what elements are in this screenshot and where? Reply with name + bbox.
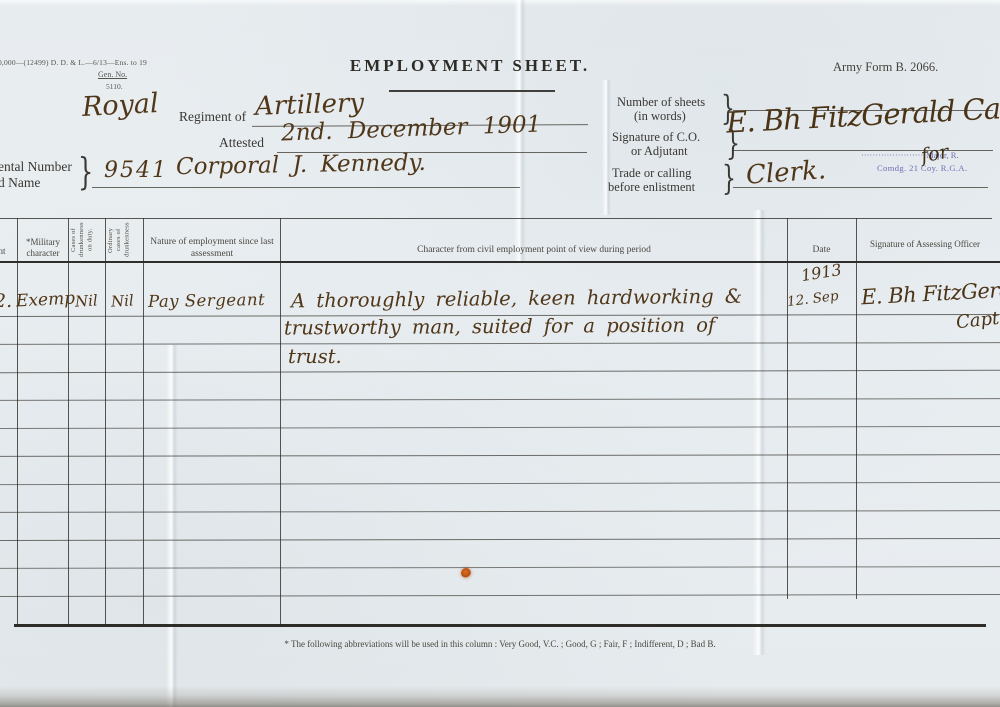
- for-handwriting: for: [919, 141, 950, 167]
- column-header-military-character: *Military character: [19, 237, 67, 260]
- entry-assessing-signature: E. Bh FitzGerald: [860, 277, 1000, 310]
- entry-military-character: Exemp: [16, 288, 76, 311]
- table-row-line: [0, 342, 1000, 345]
- table-column-line: [105, 218, 106, 625]
- table-row-line: [0, 482, 1000, 485]
- table-column-line: [143, 218, 144, 625]
- entry-civil-character-line3: trust.: [288, 345, 342, 368]
- trade-handwriting: Clerk.: [745, 155, 827, 191]
- entry-civil-character-line1: A thoroughly reliable, keen hardworking …: [291, 285, 742, 313]
- table-column-line: [787, 218, 788, 599]
- entry-date-year: 1913: [800, 260, 843, 285]
- sheets-label: Number of sheets: [617, 95, 705, 110]
- name-rule: [92, 187, 520, 188]
- table-row-line: [0, 426, 1000, 429]
- foxing-spot: [461, 568, 471, 578]
- co-signature-label-2: or Adjutant: [631, 144, 688, 159]
- column-header-drunk-ordinary: Ordinary cases of drunkenness: [107, 220, 141, 260]
- print-code-gen-no: Gen. No.: [98, 70, 127, 79]
- regimental-number-handwriting: 9541: [104, 158, 168, 183]
- regiment-prefix-handwriting: Royal: [81, 88, 159, 123]
- entry-drunk-ordinary: Nil: [111, 291, 135, 310]
- entry-date-day: 12. Sep: [786, 288, 839, 310]
- column-header-nature-employment: Nature of employment since last assessme…: [146, 237, 278, 261]
- attested-label: Attested: [219, 135, 264, 151]
- table-bottom-border: [14, 624, 986, 627]
- table-row-line: [0, 538, 1000, 541]
- table-top-border: [0, 218, 992, 219]
- entry-row-number: 2.: [0, 290, 12, 312]
- entry-nature-employment: Pay Sergeant: [148, 290, 265, 311]
- table-row-line: [0, 566, 1000, 569]
- entry-drunk-duty: Nil: [75, 291, 99, 310]
- table-column-line: [856, 218, 857, 599]
- table-column-line: [280, 218, 281, 625]
- trade-label: Trade or calling: [612, 166, 691, 181]
- column-header-cutoff: nt: [0, 246, 14, 257]
- column-header-drunk-duty: Cases of drunkenness on duty.: [70, 220, 104, 260]
- brace-glyph: }: [722, 160, 736, 199]
- entry-civil-character-line2: trustworthy man, suited for a position o…: [284, 313, 715, 339]
- regiment-handwriting: Artillery: [255, 88, 365, 122]
- table-row-line: [0, 398, 1000, 401]
- title-underline: [389, 90, 555, 92]
- table-row-line: [0, 510, 1000, 513]
- column-header-civil-character: Character from civil employment point of…: [285, 245, 783, 257]
- table-header-border: [0, 261, 1000, 263]
- column-header-date: Date: [789, 245, 854, 257]
- regimental-number-label: ental Number: [0, 159, 72, 175]
- sheets-label-2: (in words): [634, 109, 686, 124]
- regiment-of-label: Regiment of: [179, 109, 246, 125]
- entry-assessing-signature-rank: Capt: [955, 308, 1000, 333]
- paper-top-edge: [0, 0, 1000, 6]
- fold-crease: [753, 210, 766, 655]
- table-row-line: [0, 370, 1000, 373]
- page-title: EMPLOYMENT SHEET.: [330, 56, 610, 76]
- table-column-line: [68, 218, 69, 625]
- abbreviations-footnote: * The following abbreviations will be us…: [150, 639, 850, 649]
- army-form-number: Army Form B. 2066.: [833, 60, 938, 75]
- name-handwriting: Corporal J. Kennedy.: [176, 150, 426, 180]
- employment-sheet-scan: 60,000—(12499) D. D. & L.—6/13—Ens. to 1…: [0, 0, 1000, 707]
- table-column-line: [17, 218, 18, 625]
- co-signature-label: Signature of C.O.: [612, 130, 700, 145]
- co-signature-handwriting: E. Bh FitzGerald Capt RFA: [725, 86, 1000, 139]
- print-code-line: 60,000—(12499) D. D. & L.—6/13—Ens. to 1…: [0, 58, 147, 67]
- column-header-assessing-signature: Signature of Assessing Officer: [858, 239, 992, 250]
- brace-glyph: }: [78, 150, 93, 193]
- name-label: d Name: [0, 175, 40, 191]
- table-row-line: [0, 594, 1000, 597]
- table-row-line: [0, 454, 1000, 457]
- paper-bottom-edge: [0, 686, 1000, 707]
- trade-label-2: before enlistment: [608, 180, 695, 195]
